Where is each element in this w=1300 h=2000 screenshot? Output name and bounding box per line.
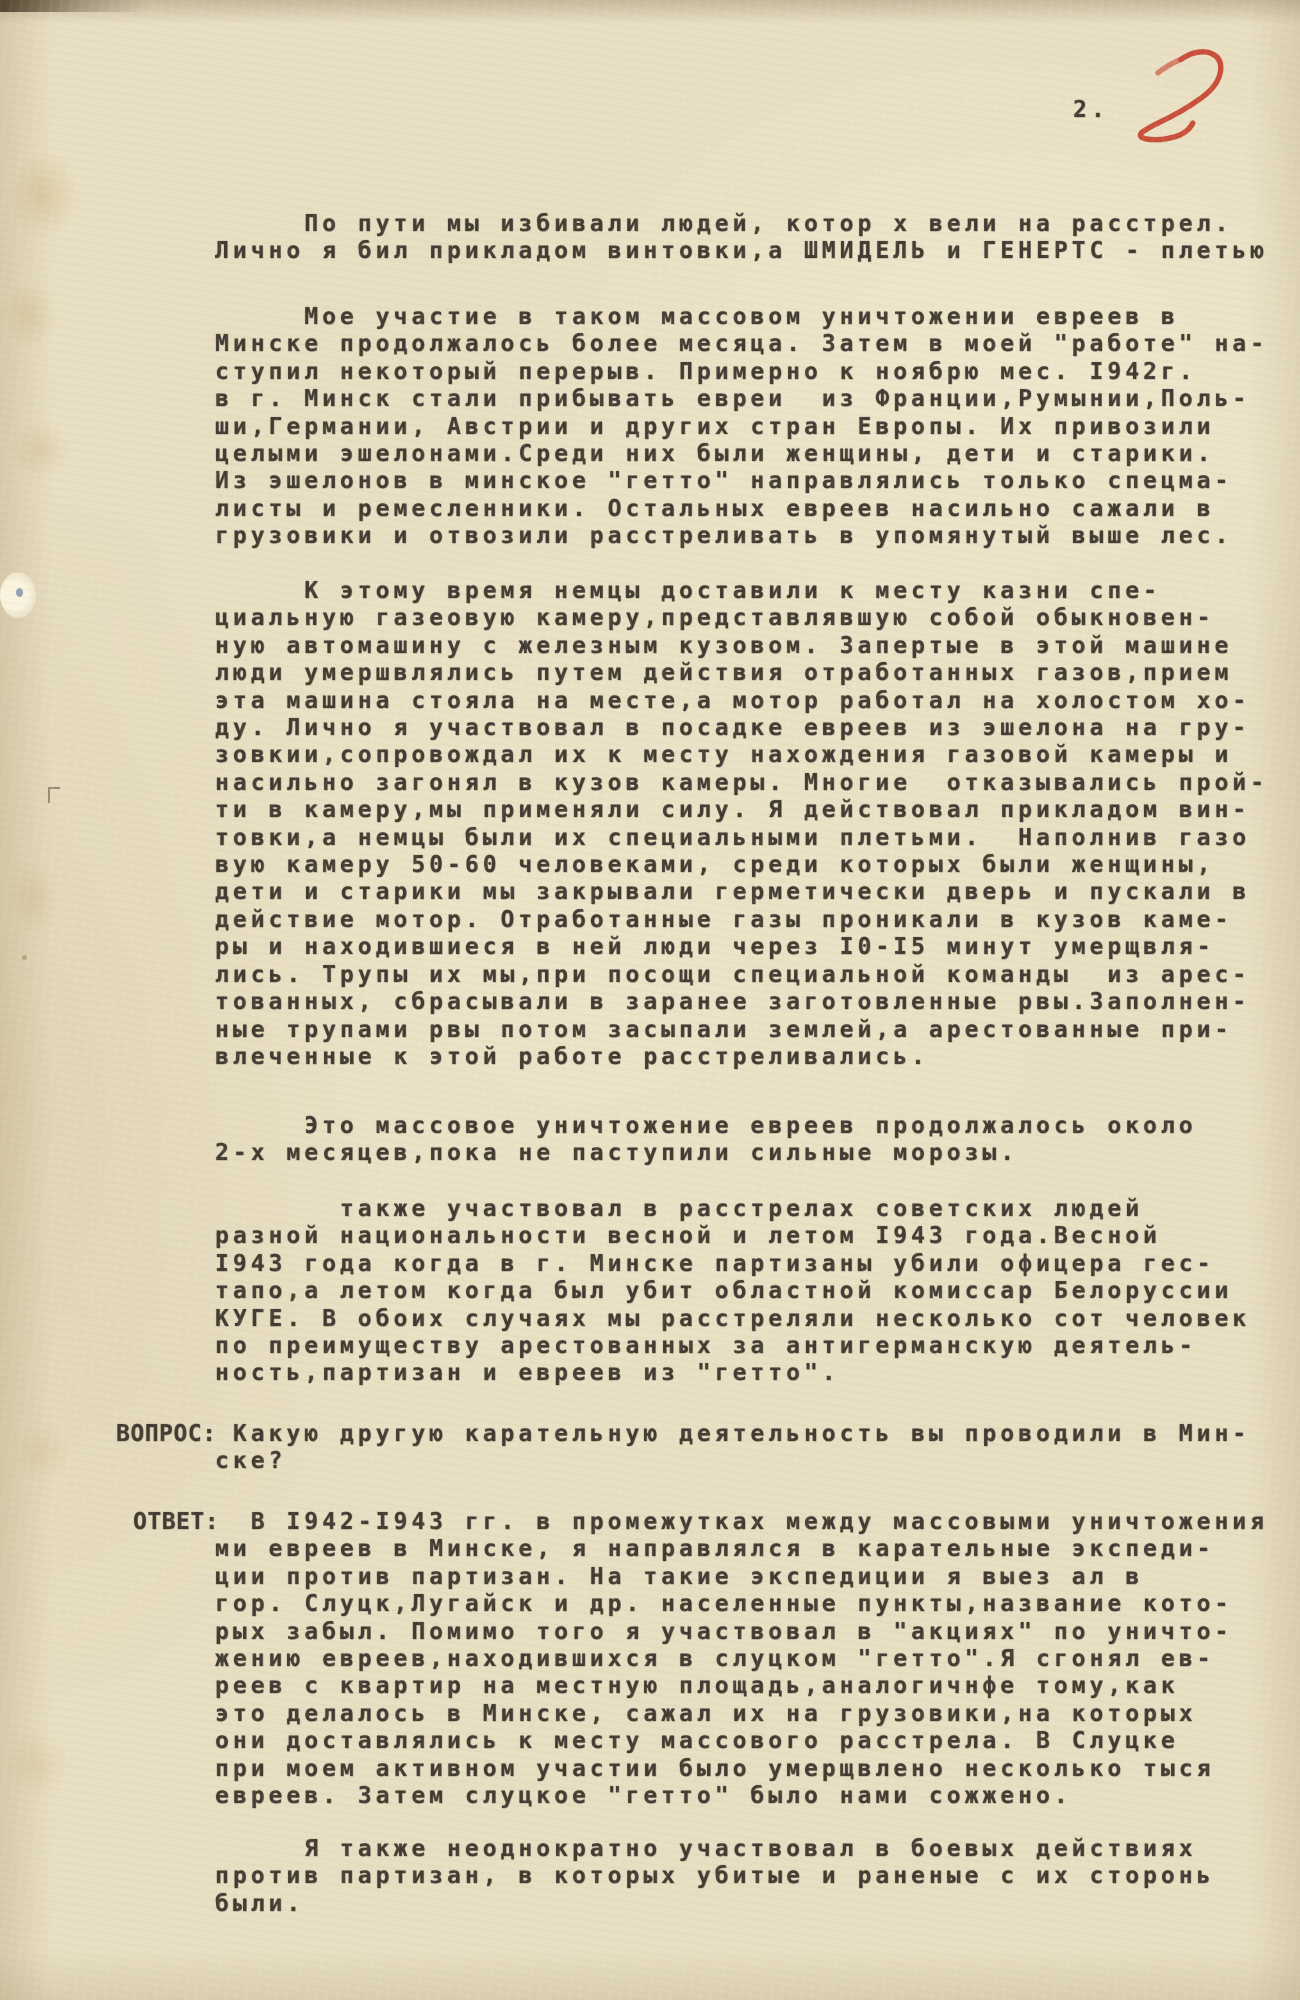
- answer-label: ОТВЕТ:: [133, 1509, 219, 1536]
- paper-stain: [4, 1730, 69, 1800]
- paragraph-closing: Я также неоднократно участвовал в боевых…: [215, 1836, 1214, 1918]
- paragraph-executions-1943: также участвовал в расстрелах советских …: [215, 1196, 1250, 1388]
- paper-speck: [22, 955, 27, 960]
- paper-stain: [6, 860, 61, 935]
- question-label: ВОПРОС:: [116, 1421, 216, 1448]
- handwritten-page-mark: [1118, 32, 1271, 167]
- answer-text: В I942-I943 гг. в промежутках между масс…: [215, 1509, 1268, 1810]
- scan-edge-shadow: [0, 0, 150, 12]
- paper-stain: [2, 280, 57, 350]
- ink-speck: [16, 588, 23, 597]
- paragraph-beating: По пути мы избивали людей, котор х вели …: [215, 211, 1268, 266]
- question-text: Какую другую карательную деятельность вы…: [215, 1421, 1250, 1476]
- page-number: 2.: [1073, 97, 1109, 124]
- scanned-page: 2. По пути мы избивали людей, котор х ве…: [0, 0, 1300, 2000]
- paper-stain: [10, 420, 70, 480]
- paragraph-gas-van: К этому время немцы доставили к месту ка…: [215, 578, 1268, 1071]
- pencil-mark: [48, 787, 60, 803]
- paragraph-duration: Это массовое уничтожение евреев продолжа…: [215, 1113, 1197, 1168]
- paper-stain: [14, 1420, 69, 1485]
- paper-stain: [8, 150, 78, 240]
- paragraph-minsk-ghetto: Мое участие в таком массовом уничтожении…: [215, 304, 1268, 551]
- paper-spot: [0, 572, 36, 618]
